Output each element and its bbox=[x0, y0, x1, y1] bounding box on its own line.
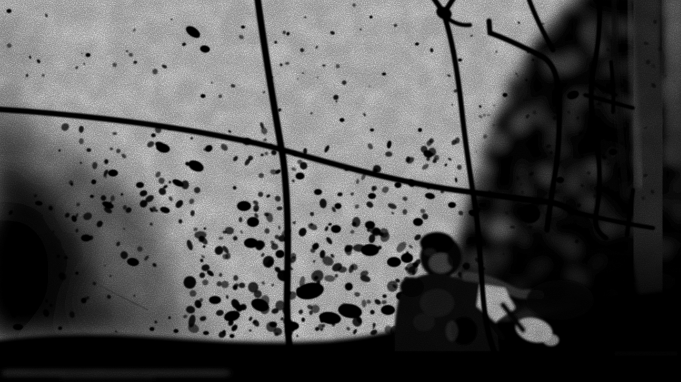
film-grain-overlay bbox=[0, 0, 681, 382]
coarse-mottle bbox=[0, 0, 681, 382]
photograph bbox=[0, 0, 681, 382]
photo-viewport bbox=[0, 0, 681, 382]
